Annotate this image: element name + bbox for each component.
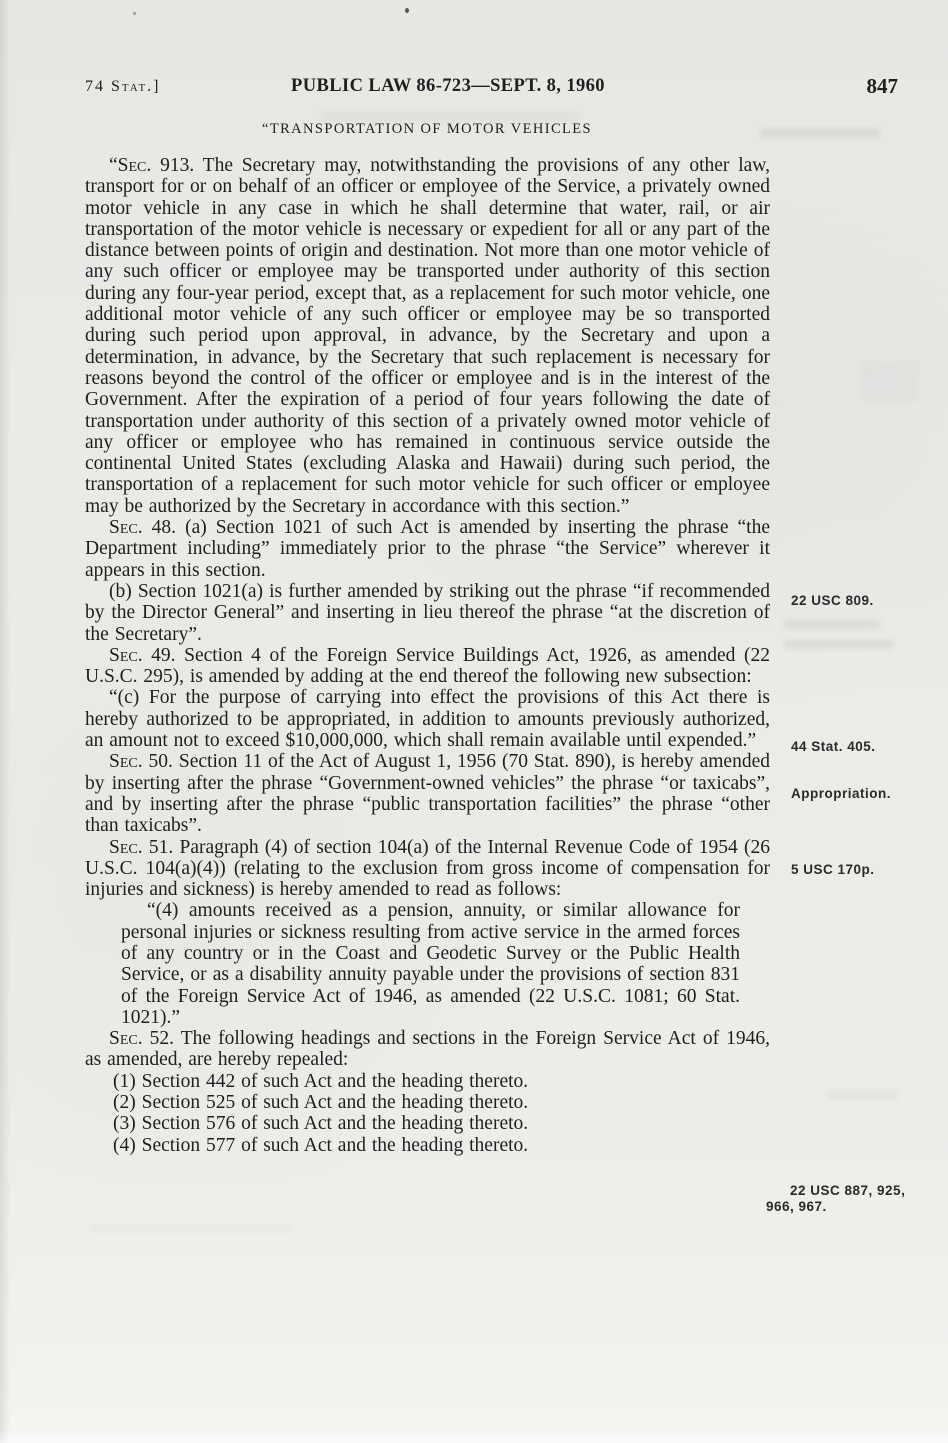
repealed-section-list-item: (2) Section 525 of such Act and the head…	[113, 1092, 770, 1113]
bleedthrough-smudge	[90, 1224, 290, 1233]
statute-paragraph-sec-50: Sec. 50. Section 11 of the Act of August…	[85, 751, 770, 836]
repealed-section-list-item: (1) Section 442 of such Act and the head…	[113, 1071, 770, 1092]
article-heading: “TRANSPORTATION OF MOTOR VEHICLES	[262, 121, 592, 138]
statute-paragraph-sec-52: Sec. 52. The following headings and sect…	[85, 1028, 770, 1071]
page-left-edge-shadow	[0, 0, 10, 1443]
statute-paragraph-sec-48a: Sec. 48. (a) Section 1021 of such Act is…	[85, 517, 770, 581]
statute-text-column: “Sec. 913. The Secretary may, notwithsta…	[85, 155, 770, 1156]
repealed-section-list-item: (4) Section 577 of such Act and the head…	[113, 1135, 770, 1156]
margin-note-usc-citation: 5 USC 170p.	[791, 862, 875, 878]
paragraph-text: (b) Section 1021(a) is further amended b…	[85, 581, 770, 645]
section-number-label: Sec. 51.	[109, 837, 173, 858]
margin-note-usc-citation: 22 USC 809.	[791, 593, 874, 609]
paragraph-text: (4) Section 577 of such Act and the head…	[113, 1135, 528, 1156]
bleedthrough-smudge	[784, 620, 880, 629]
quoted-subsection-paragraph: “(4) amounts received as a pension, annu…	[121, 900, 740, 1028]
paragraph-text: “(4) amounts received as a pension, annu…	[121, 900, 740, 1027]
section-number-label: “Sec. 913.	[109, 155, 194, 176]
public-law-title: PUBLIC LAW 86-723—SEPT. 8, 1960	[291, 76, 605, 97]
paragraph-text: “(c) For the purpose of carrying into ef…	[85, 687, 770, 751]
stat-volume-label: 74 Stat.]	[85, 78, 161, 96]
paragraph-text: The Secretary may, notwithstanding the p…	[85, 155, 770, 517]
paragraph-text: Paragraph (4) of section 104(a) of the I…	[85, 837, 770, 901]
paragraph-text: (2) Section 525 of such Act and the head…	[113, 1092, 528, 1113]
bleedthrough-smudge	[828, 1090, 898, 1099]
page-number: 847	[867, 74, 899, 99]
statute-paragraph-sec-49c: “(c) For the purpose of carrying into ef…	[85, 687, 770, 751]
paragraph-text: (a) Section 1021 of such Act is amended …	[85, 517, 770, 581]
statute-paragraph-sec-49: Sec. 49. Section 4 of the Foreign Servic…	[85, 645, 770, 688]
statute-paragraph-sec-48b: (b) Section 1021(a) is further amended b…	[85, 581, 770, 645]
margin-note-stat-citation: 44 Stat. 405.	[791, 739, 876, 755]
paragraph-text: (1) Section 442 of such Act and the head…	[113, 1071, 528, 1092]
ink-speck	[405, 8, 409, 13]
statute-page: 74 Stat.] PUBLIC LAW 86-723—SEPT. 8, 196…	[0, 0, 948, 1443]
paragraph-text: Section 11 of the Act of August 1, 1956 …	[85, 751, 770, 836]
repealed-section-list-item: (3) Section 576 of such Act and the head…	[113, 1113, 770, 1134]
bleedthrough-smudge	[760, 128, 880, 138]
bleedthrough-smudge	[784, 640, 894, 649]
section-number-label: Sec. 52.	[109, 1028, 174, 1049]
bleedthrough-smudge	[860, 360, 920, 402]
statute-paragraph-sec-51: Sec. 51. Paragraph (4) of section 104(a)…	[85, 837, 770, 901]
page-bottom-edge-highlight	[0, 1429, 948, 1443]
paragraph-text: The following headings and sections in t…	[85, 1028, 770, 1070]
paragraph-text: Section 4 of the Foreign Service Buildin…	[85, 645, 770, 687]
ink-speck	[133, 12, 136, 15]
section-number-label: Sec. 50.	[109, 751, 173, 772]
paragraph-text: (3) Section 576 of such Act and the head…	[113, 1113, 528, 1134]
margin-note-appropriation: Appropriation.	[791, 786, 891, 802]
margin-note-usc-citation: 22 USC 887, 925, 966, 967.	[766, 1183, 936, 1215]
bleedthrough-smudge	[320, 112, 580, 122]
section-number-label: Sec. 49.	[109, 645, 176, 666]
running-head: 74 Stat.] PUBLIC LAW 86-723—SEPT. 8, 196…	[0, 76, 948, 102]
section-number-label: Sec. 48.	[109, 517, 176, 538]
statute-paragraph-sec-913: “Sec. 913. The Secretary may, notwithsta…	[85, 155, 770, 517]
